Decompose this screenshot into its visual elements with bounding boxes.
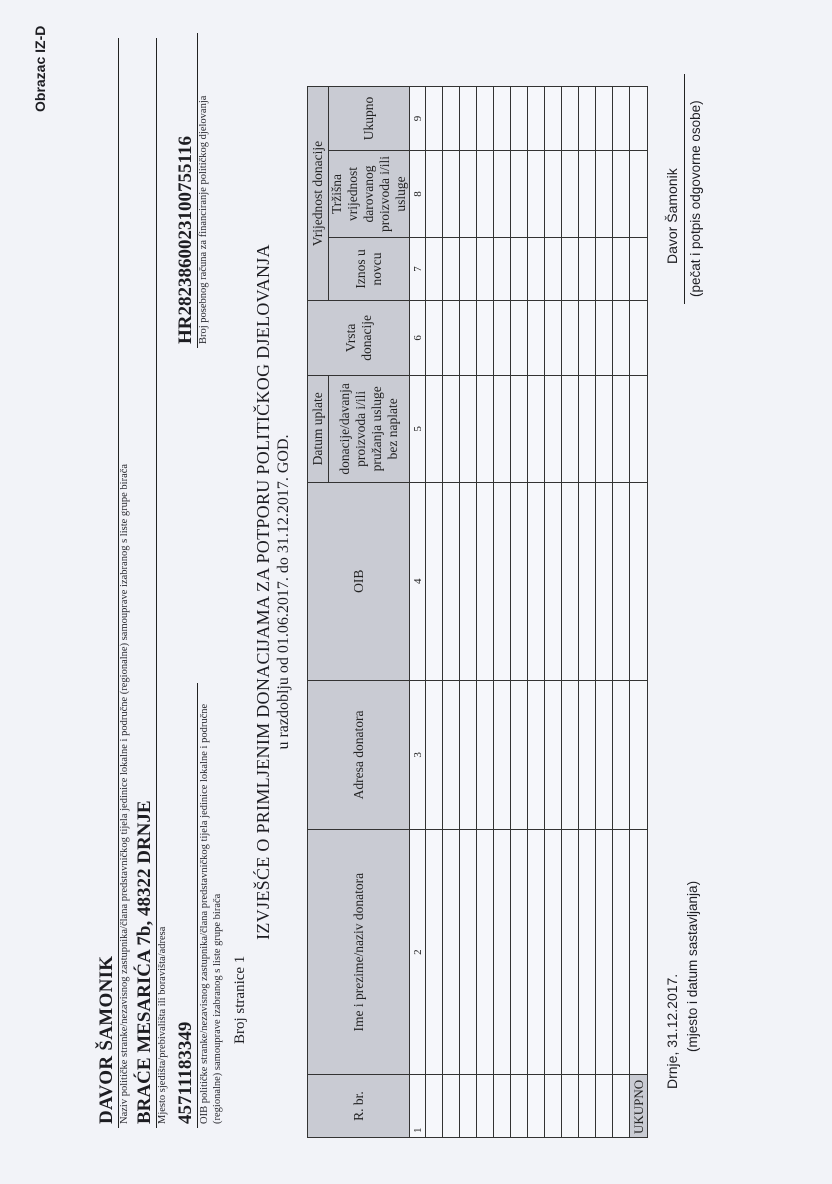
table-cell <box>511 87 528 151</box>
party-address: BRAĆE MESARIĆA 7b, 48322 DRNJE <box>134 800 156 1124</box>
table-cell <box>579 1075 596 1138</box>
table-cell <box>545 237 562 300</box>
report-period: u razdoblju od 01.06.2017. do 31.12.2017… <box>275 0 293 1184</box>
total-cell <box>630 375 648 482</box>
table-cell <box>596 680 613 830</box>
table-cell <box>460 237 477 300</box>
table-cell <box>443 237 460 300</box>
table-cell <box>579 680 596 830</box>
table-cell <box>562 482 579 680</box>
col-header-total: Ukupno <box>329 87 410 151</box>
table-cell <box>511 300 528 375</box>
table-cell <box>494 237 511 300</box>
table-cell <box>426 375 443 482</box>
table-cell <box>494 482 511 680</box>
table-cell <box>494 830 511 1075</box>
table-cell <box>460 830 477 1075</box>
table-cell <box>545 680 562 830</box>
table-row <box>460 87 477 1138</box>
total-cell <box>630 300 648 375</box>
table-cell <box>528 1075 545 1138</box>
table-cell <box>511 830 528 1075</box>
table-cell <box>528 680 545 830</box>
table-cell <box>426 237 443 300</box>
place-date: Drnje, 31.12.2017. <box>664 974 680 1089</box>
table-row <box>596 87 613 1138</box>
table-cell <box>613 830 630 1075</box>
party-name-label: Naziv političke stranke/nezavisnog zastu… <box>119 464 130 1124</box>
total-cell <box>630 482 648 680</box>
table-cell <box>426 1075 443 1138</box>
table-cell <box>596 830 613 1075</box>
table-cell <box>460 87 477 151</box>
table-cell <box>460 375 477 482</box>
oib-value: 45711183349 <box>175 1022 197 1124</box>
table-cell <box>562 237 579 300</box>
table-cell <box>426 151 443 238</box>
table-cell <box>545 151 562 238</box>
col-number: 5 <box>410 375 426 482</box>
col-header-donation-date: donacije/davanja proizvoda i/ili pružanj… <box>329 375 410 482</box>
page-count: Broj stranice 1 <box>232 956 249 1044</box>
table-cell <box>477 300 494 375</box>
table-row <box>494 87 511 1138</box>
table-cell <box>562 151 579 238</box>
table-cell <box>596 237 613 300</box>
table-cell <box>511 680 528 830</box>
total-cell <box>630 830 648 1075</box>
table-row <box>477 87 494 1138</box>
table-cell <box>528 375 545 482</box>
table-body <box>426 87 630 1138</box>
col-number: 3 <box>410 680 426 830</box>
col-header-cash-amount: Iznos u novcu <box>329 237 410 300</box>
table-cell <box>596 375 613 482</box>
table-cell <box>477 830 494 1075</box>
table-cell <box>545 300 562 375</box>
table-cell <box>477 151 494 238</box>
col-header-donor-address: Adresa donatora <box>308 680 410 830</box>
table-cell <box>545 1075 562 1138</box>
table-cell <box>579 237 596 300</box>
table-cell <box>460 151 477 238</box>
table-cell <box>528 300 545 375</box>
table-cell <box>562 375 579 482</box>
table-cell <box>494 87 511 151</box>
col-number: 1 <box>410 1075 426 1138</box>
table-cell <box>562 680 579 830</box>
table-cell <box>613 482 630 680</box>
total-label: UKUPNO <box>630 1075 648 1138</box>
table-cell <box>613 680 630 830</box>
col-number: 8 <box>410 151 426 238</box>
table-cell <box>460 1075 477 1138</box>
table-row <box>579 87 596 1138</box>
table-cell <box>494 1075 511 1138</box>
table-cell <box>596 87 613 151</box>
donations-table: R. br. Ime i prezime/naziv donatora Adre… <box>307 86 648 1138</box>
table-row <box>511 87 528 1138</box>
col-header-market-value: Tržišna vrijednost darovanog proizvoda i… <box>329 151 410 238</box>
group-header-payment-date: Datum uplate <box>308 375 329 482</box>
total-row: UKUPNO <box>630 87 648 1138</box>
table-cell <box>613 375 630 482</box>
table-cell <box>528 830 545 1075</box>
signer-name: Davor Šamonik <box>664 168 680 264</box>
table-row <box>545 87 562 1138</box>
group-header-donation-value: Vrijednost donacije <box>308 87 329 301</box>
table-cell <box>562 830 579 1075</box>
table-cell <box>460 680 477 830</box>
table-cell <box>477 680 494 830</box>
table-cell <box>545 87 562 151</box>
table-cell <box>596 482 613 680</box>
table-cell <box>494 151 511 238</box>
col-number: 6 <box>410 300 426 375</box>
table-row <box>426 87 443 1138</box>
table-cell <box>545 830 562 1075</box>
table-cell <box>460 300 477 375</box>
table-cell <box>477 1075 494 1138</box>
col-number: 4 <box>410 482 426 680</box>
table-cell <box>528 237 545 300</box>
table-cell <box>562 87 579 151</box>
table-cell <box>443 151 460 238</box>
total-cell <box>630 680 648 830</box>
table-cell <box>579 151 596 238</box>
col-number: 9 <box>410 87 426 151</box>
table-cell <box>443 300 460 375</box>
table-cell <box>579 830 596 1075</box>
table-cell <box>596 1075 613 1138</box>
table-cell <box>579 482 596 680</box>
address-label: Mjesto sjedišta/prebivališta ili boraviš… <box>157 927 168 1124</box>
table-cell <box>511 151 528 238</box>
table-row <box>443 87 460 1138</box>
table-cell <box>545 375 562 482</box>
table-cell <box>613 1075 630 1138</box>
table-cell <box>443 375 460 482</box>
iban-value: HR2823860023100755116 <box>175 136 197 344</box>
total-cell <box>630 237 648 300</box>
table-cell <box>596 151 613 238</box>
party-name: DAVOR ŠAMONIK <box>96 956 118 1124</box>
place-date-label: (mjesto i datum sastavljanja) <box>685 881 700 1052</box>
table-cell <box>613 87 630 151</box>
total-cell <box>630 151 648 238</box>
table-cell <box>477 237 494 300</box>
table-cell <box>613 151 630 238</box>
col-header-donation-type: Vrsta donacije <box>308 300 410 375</box>
table-cell <box>443 482 460 680</box>
form-code: Obrazac IZ-D <box>32 26 48 112</box>
table-cell <box>426 830 443 1075</box>
table-cell <box>426 87 443 151</box>
table-cell <box>511 1075 528 1138</box>
col-header-donor-name: Ime i prezime/naziv donatora <box>308 830 410 1075</box>
table-cell <box>426 300 443 375</box>
iban-label: Broj posebnog računa za financiranje pol… <box>198 96 209 344</box>
table-cell <box>562 1075 579 1138</box>
table-cell <box>477 482 494 680</box>
column-number-row: 1 2 3 4 5 6 7 8 9 <box>410 87 426 1138</box>
table-cell <box>443 680 460 830</box>
table-cell <box>477 375 494 482</box>
col-header-row-number: R. br. <box>308 1075 410 1138</box>
col-number: 2 <box>410 830 426 1075</box>
table-cell <box>613 300 630 375</box>
table-cell <box>528 87 545 151</box>
table-cell <box>494 300 511 375</box>
table-cell <box>494 375 511 482</box>
table-cell <box>426 482 443 680</box>
signer-label: (pečat i potpis odgovorne osobe) <box>688 100 703 297</box>
table-cell <box>562 300 579 375</box>
signature-rule <box>684 74 685 304</box>
table-cell <box>477 87 494 151</box>
table-row <box>528 87 545 1138</box>
oib-label: OIB političke stranke/nezavisnog zastupn… <box>198 684 224 1124</box>
table-cell <box>460 482 477 680</box>
table-cell <box>613 237 630 300</box>
table-row <box>613 87 630 1138</box>
table-cell <box>545 482 562 680</box>
total-cell <box>630 87 648 151</box>
report-title: IZVJEŠĆE O PRIMLJENIM DONACIJAMA ZA POTP… <box>253 0 274 1184</box>
document-page: Obrazac IZ-D DAVOR ŠAMONIK Naziv politič… <box>0 0 832 1184</box>
table-cell <box>443 87 460 151</box>
table-cell <box>426 680 443 830</box>
table-cell <box>511 482 528 680</box>
table-cell <box>443 1075 460 1138</box>
table-cell <box>528 482 545 680</box>
table-cell <box>511 237 528 300</box>
table-cell <box>511 375 528 482</box>
table-cell <box>528 151 545 238</box>
col-number: 7 <box>410 237 426 300</box>
table-row <box>562 87 579 1138</box>
table-cell <box>443 830 460 1075</box>
table-cell <box>596 300 613 375</box>
col-header-oib: OIB <box>308 482 410 680</box>
table-cell <box>579 87 596 151</box>
table-cell <box>579 375 596 482</box>
table-cell <box>494 680 511 830</box>
table-cell <box>579 300 596 375</box>
